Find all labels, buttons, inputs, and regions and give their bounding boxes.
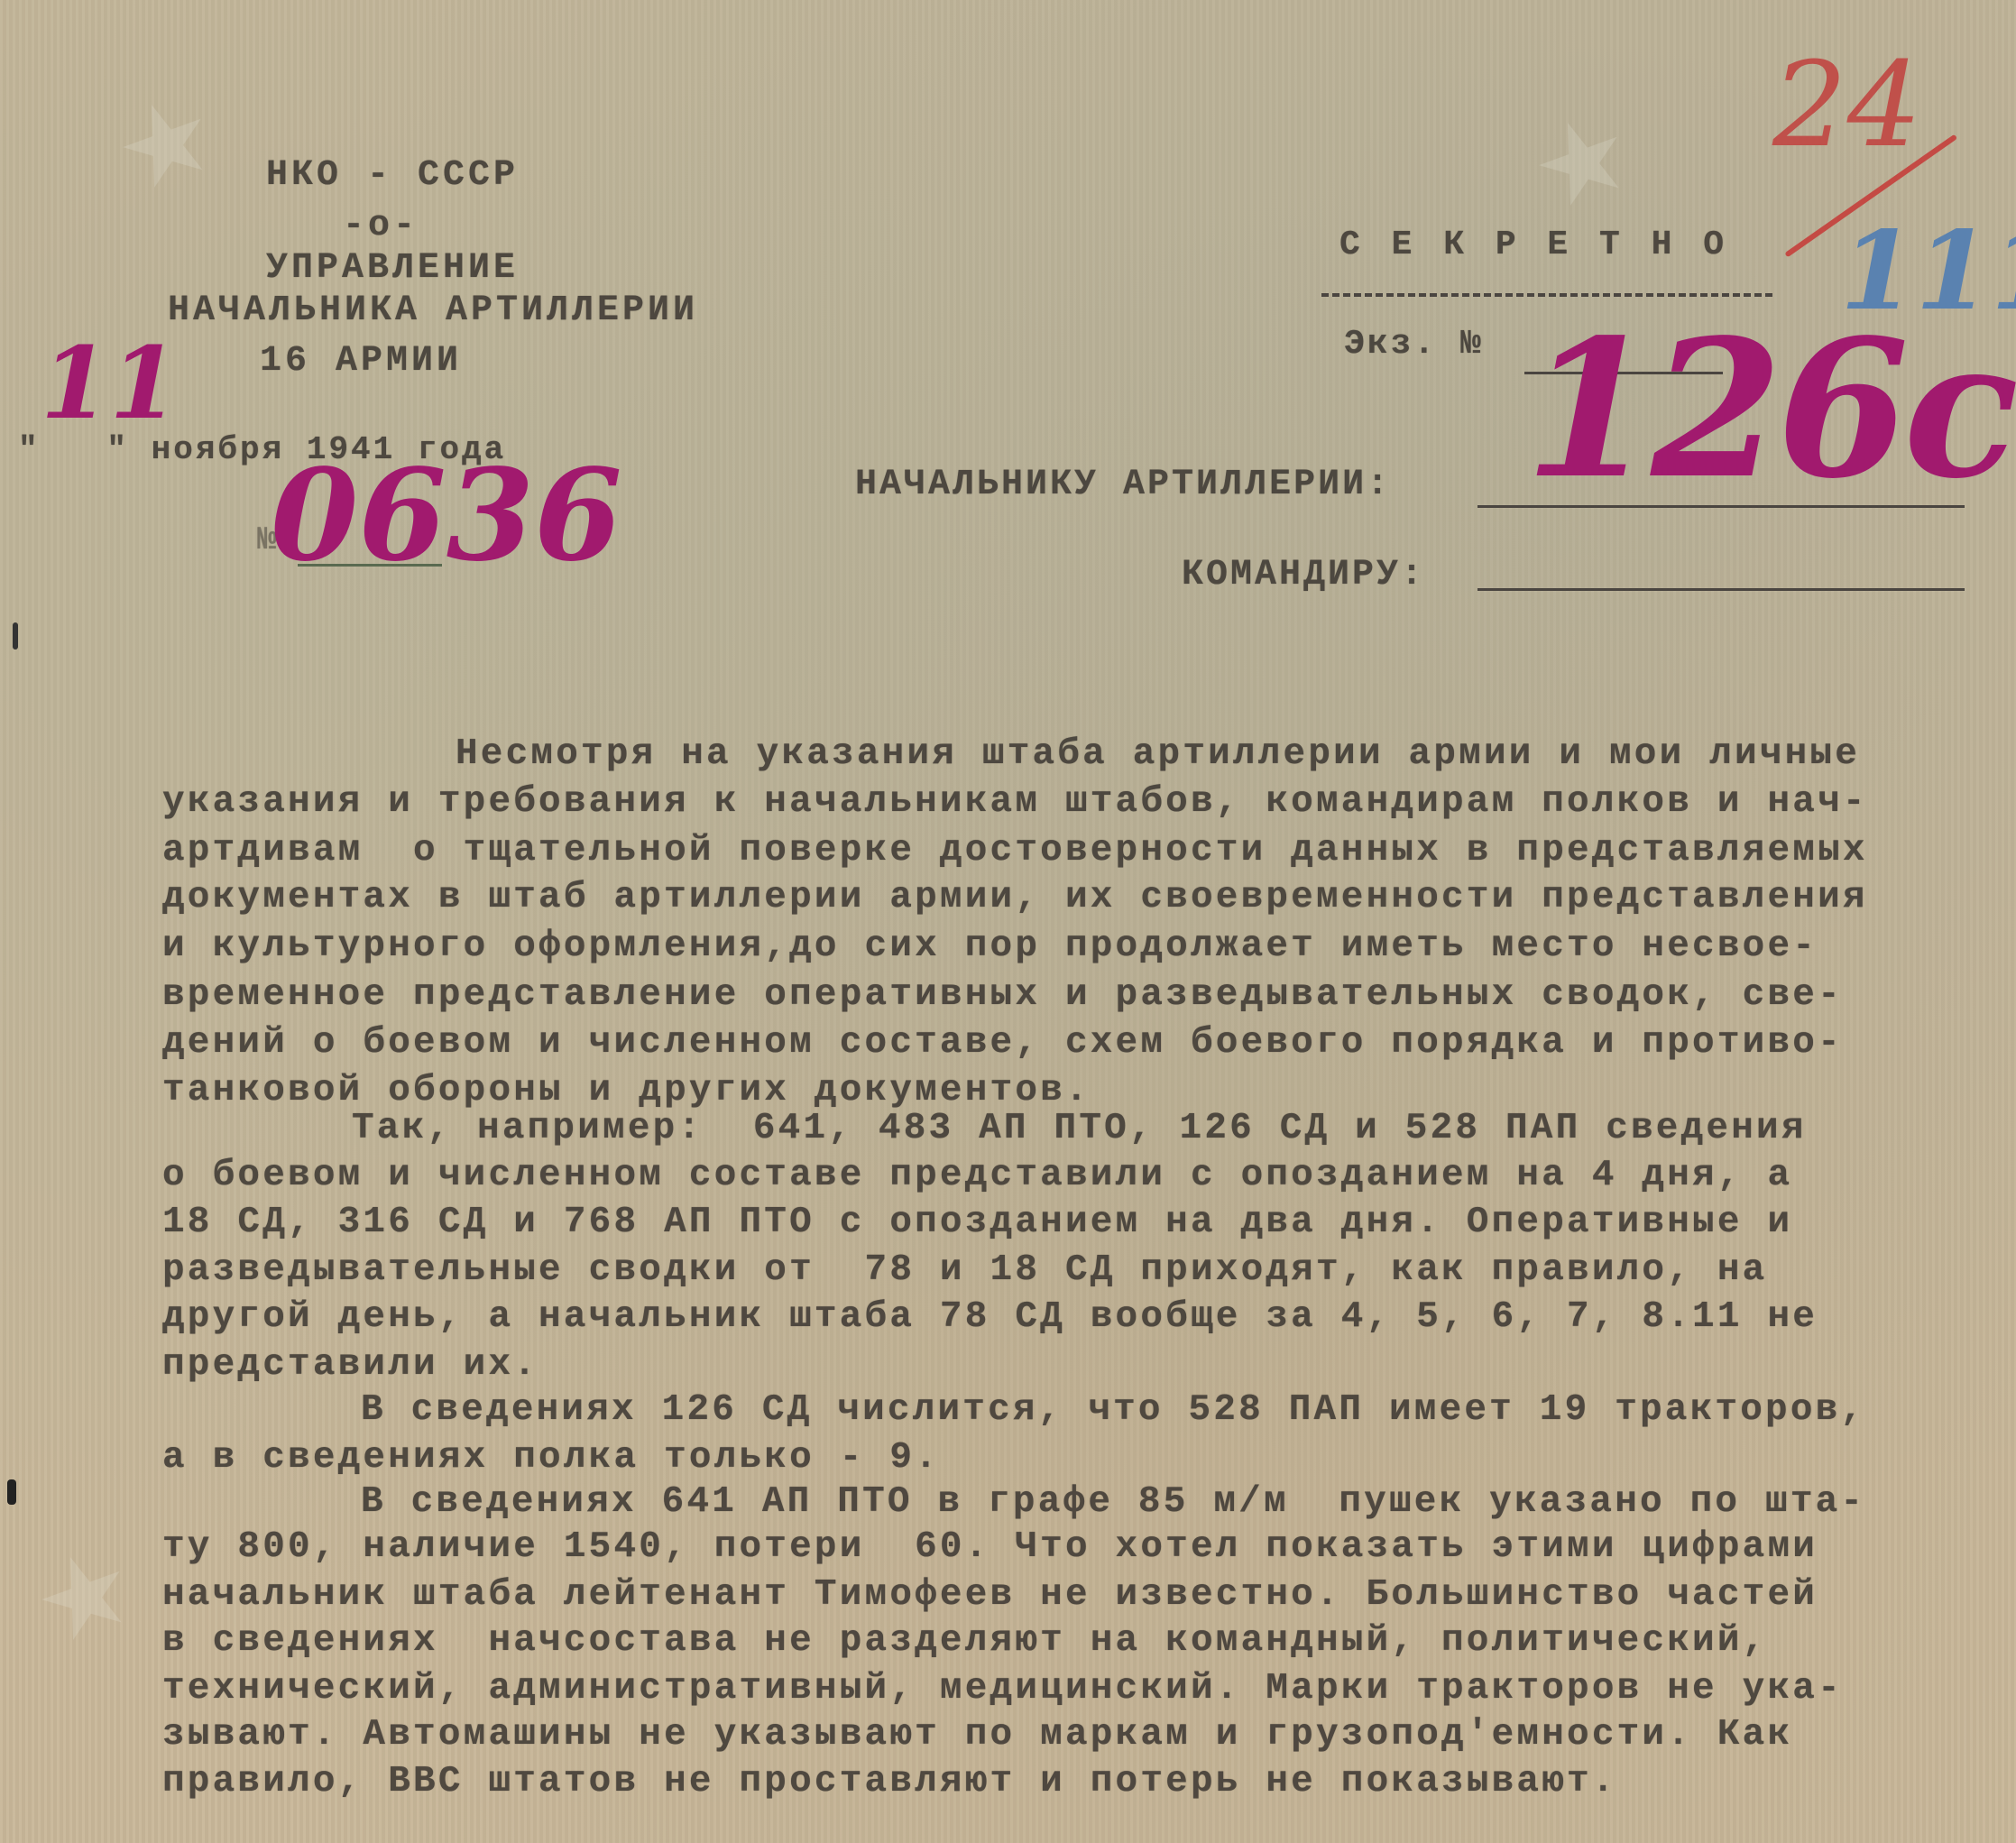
body-line: начальник штаба лейтенант Тимофеев не из… — [162, 1574, 1818, 1616]
body-line: другой день, а начальник штаба 78 СД воо… — [162, 1296, 1818, 1338]
body-line: дений о боевом и численном составе, схем… — [162, 1022, 1843, 1064]
copy-number-label: Экз. № — [1344, 325, 1484, 364]
body-line: а в сведениях полка только - 9. — [162, 1437, 940, 1479]
watermark-star-icon: ★ — [98, 69, 233, 219]
watermark-star-icon: ★ — [17, 1521, 152, 1672]
body-line: 18 СД, 316 СД и 768 АП ПТО с опозданием … — [162, 1202, 1792, 1243]
body-line: В сведениях 641 АП ПТО в графе 85 м/м пу… — [361, 1481, 1865, 1523]
body-line: зывают. Автомашины не указывают по марка… — [162, 1714, 1792, 1755]
body-line: и культурного оформления,до сих пор прод… — [162, 926, 1818, 967]
org-name: НКО - СССР — [266, 155, 519, 196]
watermark-star-icon: ★ — [1514, 87, 1649, 237]
body-line: о боевом и численном составе представили… — [162, 1155, 1792, 1196]
body-line: Несмотря на указания штаба артиллерии ар… — [456, 733, 1860, 775]
punch-mark — [7, 1479, 16, 1505]
handwritten-day: 11 — [41, 325, 179, 441]
punch-mark — [13, 622, 18, 650]
department-name: УПРАВЛЕНИЕ — [266, 248, 519, 289]
recipient-artillery-label: НАЧАЛЬНИКУ АРТИЛЛЕРИИ: — [855, 465, 1391, 505]
body-line: представили их. — [162, 1344, 539, 1386]
body-line: разведывательные сводки от 78 и 18 СД пр… — [162, 1249, 1767, 1291]
body-line: в сведениях начсостава не разделяют на к… — [162, 1620, 1767, 1662]
body-line: временное представление оперативных и ра… — [162, 974, 1843, 1016]
recipient-commander-line — [1477, 588, 1965, 591]
separator: -о- — [343, 206, 419, 246]
body-line: В сведениях 126 СД числится, что 528 ПАП… — [361, 1389, 1865, 1431]
handwritten-corner-number: 24 — [1772, 36, 1921, 173]
body-line: артдивам о тщательной поверке достоверно… — [162, 830, 1868, 871]
body-line: ту 800, наличие 1540, потери 60. Что хот… — [162, 1526, 1818, 1568]
body-line: документах в штаб артиллерии армии, их с… — [162, 877, 1868, 918]
classification-underline — [1321, 293, 1772, 297]
body-line: танковой обороны и других документов. — [162, 1070, 1091, 1111]
body-line: правило, ВВС штатов не проставляют и пот… — [162, 1761, 1617, 1802]
army-name: 16 АРМИИ — [260, 341, 462, 382]
body-line: указания и требования к начальникам штаб… — [162, 781, 1868, 823]
classification-stamp: С Е К Р Е Т Н О — [1339, 226, 1729, 264]
department-subtitle: НАЧАЛЬНИКА АРТИЛЛЕРИИ — [168, 290, 698, 331]
body-line: технический, административный, медицинск… — [162, 1668, 1843, 1709]
recipient-commander-label: КОМАНДИРУ: — [1182, 555, 1425, 595]
body-line: Так, например: 641, 483 АП ПТО, 126 СД и… — [352, 1108, 1807, 1149]
handwritten-doc-number: 0636 — [271, 442, 622, 590]
handwritten-blue-mark: 111 — [1840, 207, 2016, 335]
